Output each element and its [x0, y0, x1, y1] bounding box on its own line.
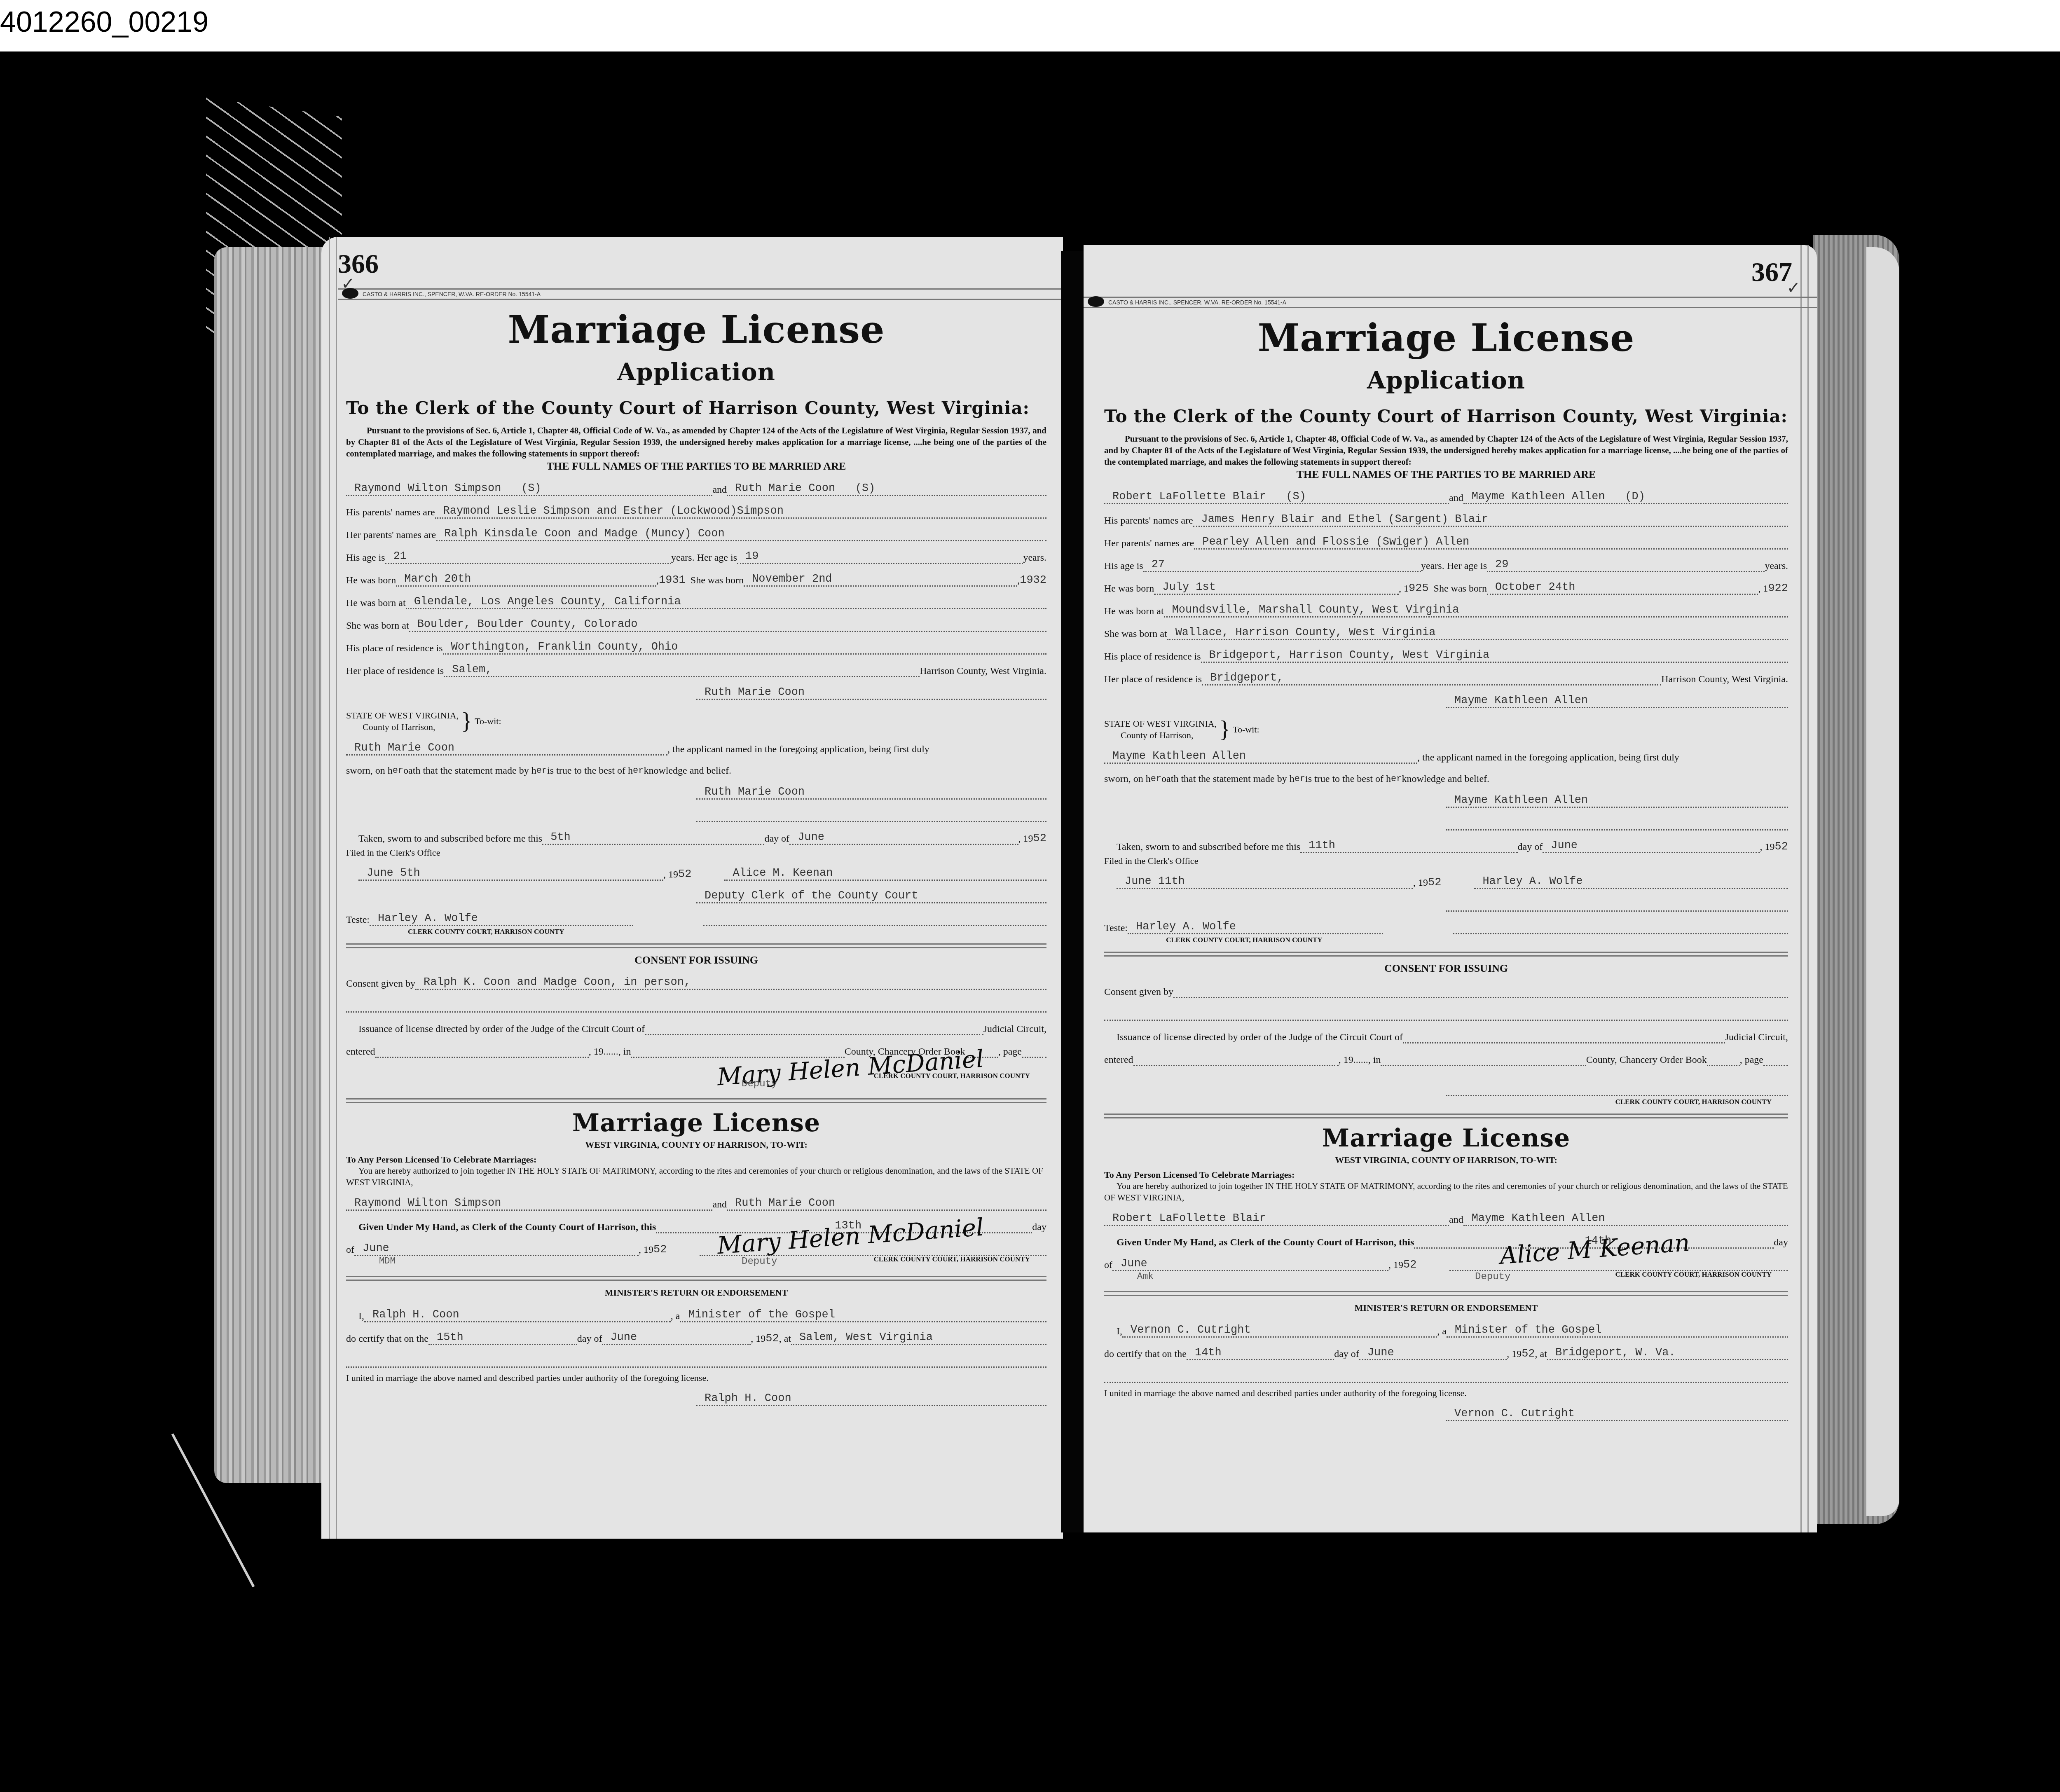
minister-signature-row: Ralph H. Coon: [696, 1392, 1046, 1406]
issuance-row: Issuance of license directed by order of…: [346, 1022, 1046, 1035]
parties-row: Robert LaFollette Blair (S) and Mayme Ka…: [1104, 491, 1788, 504]
her-birth-date-field: October 24th: [1487, 581, 1758, 595]
full-names-heading: THE FULL NAMES OF THE PARTIES TO BE MARR…: [346, 459, 1046, 473]
filed-title-field: Deputy Clerk of the County Court: [696, 890, 1046, 903]
license-parties-row: Raymond Wilton Simpson and Ruth Marie Co…: [346, 1197, 1046, 1211]
license-signature: Alice M Keenan: [1500, 1236, 1690, 1262]
full-names-heading: THE FULL NAMES OF THE PARTIES TO BE MARR…: [1104, 468, 1788, 482]
right-page: 367 ✓ CASTO & HARRIS INC., SPENCER, W.VA…: [1084, 245, 1817, 1532]
license-title: Marriage License: [346, 1108, 1046, 1138]
filed-by-field: Alice M. Keenan: [724, 867, 1046, 881]
sworn-month-field: June: [1543, 840, 1760, 853]
printer-logo-icon: [342, 288, 358, 299]
consent-heading: CONSENT FOR ISSUING: [1104, 962, 1788, 976]
filed-date-field: June 11th: [1117, 875, 1413, 889]
sworn-date-row: Taken, sworn to and subscribed before me…: [346, 831, 1046, 845]
his-parents-field: Raymond Leslie Simpson and Esther (Lockw…: [435, 505, 1046, 519]
his-age-field: 27: [1143, 559, 1421, 572]
applicant-signature: Mayme Kathleen Allen: [1446, 695, 1788, 708]
her-birth-date-field: November 2nd: [744, 573, 1017, 587]
parties-row: Raymond Wilton Simpson (S) and Ruth Mari…: [346, 482, 1046, 496]
minister-heading: MINISTER'S RETURN OR ENDORSEMENT: [1104, 1301, 1788, 1315]
state-county-block: STATE OF WEST VIRGINIA, County of Harris…: [1104, 718, 1788, 741]
blank-signature-row: [696, 809, 1046, 822]
her-residence-row: Her place of residence is Bridgeport, Ha…: [1104, 672, 1788, 685]
her-residence-field: Salem,: [444, 664, 920, 677]
preamble: Pursuant to the provisions of Sec. 6, Ar…: [346, 425, 1046, 459]
her-parents-field: Ralph Kinsdale Coon and Madge (Muncy) Co…: [436, 528, 1046, 541]
to-any-person: To Any Person Licensed To Celebrate Marr…: [1104, 1170, 1788, 1180]
filed-label: Filed in the Clerk's Office: [346, 847, 1046, 858]
page-number: 367: [1751, 257, 1792, 288]
license-subtitle: WEST VIRGINIA, COUNTY OF HARRISON, TO-WI…: [1104, 1153, 1788, 1167]
his-parents-row: His parents' names are James Henry Blair…: [1104, 513, 1788, 527]
her-birthplace-row: She was born at Wallace, Harrison County…: [1104, 627, 1788, 640]
section-divider: [346, 1276, 1046, 1281]
clerk-initials: Amk: [1104, 1271, 1154, 1282]
form-title: Marriage License: [346, 307, 1046, 352]
her-birthplace-field: Boulder, Boulder County, Colorado: [409, 618, 1046, 632]
license-bride-field: Mayme Kathleen Allen: [1463, 1212, 1788, 1226]
filed-row: June 11th , 1952 Harley A. Wolfe: [1104, 875, 1788, 889]
affiant-row: Ruth Marie Coon , the applicant named in…: [346, 742, 1046, 756]
his-birth-year: 925: [1409, 583, 1429, 595]
ages-row: His age is 21 years. Her age is 19 years…: [346, 550, 1046, 564]
his-birthplace-row: He was born at Moundsville, Marshall Cou…: [1104, 604, 1788, 618]
section-divider: [346, 1098, 1046, 1103]
filed-date-field: June 5th: [358, 867, 663, 881]
consent-field: [1173, 985, 1788, 998]
affiant-name-field: Mayme Kathleen Allen: [1104, 750, 1417, 764]
teste-field: Harley A. Wolfe: [1128, 921, 1383, 934]
teste-field: Harley A. Wolfe: [370, 912, 633, 926]
her-birthplace-row: She was born at Boulder, Boulder County,…: [346, 618, 1046, 632]
preamble: Pursuant to the provisions of Sec. 6, Ar…: [1104, 433, 1788, 468]
filed-label: Filed in the Clerk's Office: [1104, 856, 1788, 866]
her-birthplace-field: Wallace, Harrison County, West Virginia: [1167, 627, 1788, 640]
form-subtitle: Application: [1104, 364, 1788, 397]
oath-row: sworn, on her oath that the statement ma…: [1104, 773, 1788, 785]
his-birth-date-field: July 1st: [1154, 581, 1399, 595]
filed-row: June 5th , 1952 Alice M. Keenan: [346, 867, 1046, 881]
his-residence-field: Bridgeport, Harrison County, West Virgin…: [1201, 649, 1788, 663]
applicant-signature-row-2: Ruth Marie Coon: [696, 786, 1046, 800]
addressee: To the Clerk of the County Court of Harr…: [346, 396, 1046, 421]
filed-title-row: [1446, 898, 1788, 912]
consent-row: Consent given by: [1104, 985, 1788, 998]
authorization-text: You are hereby authorized to join togeth…: [346, 1165, 1046, 1188]
consent-heading: CONSENT FOR ISSUING: [346, 953, 1046, 967]
form-title: Marriage License: [1104, 315, 1788, 360]
applicant-signature: Ruth Marie Coon: [696, 686, 1046, 700]
license-subtitle: WEST VIRGINIA, COUNTY OF HARRISON, TO-WI…: [346, 1138, 1046, 1152]
his-residence-row: His place of residence is Worthington, F…: [346, 641, 1046, 655]
his-parents-row: His parents' names are Raymond Leslie Si…: [346, 505, 1046, 519]
her-parents-field: Pearley Allen and Flossie (Swiger) Allen: [1194, 536, 1788, 550]
minister-row: I, Ralph H. Coon , a Minister of the Gos…: [346, 1309, 1046, 1322]
entered-row: entered , 19......, in County, Chancery …: [1104, 1053, 1788, 1066]
minister-signature: Vernon C. Cutright: [1446, 1408, 1788, 1421]
applicant-signature-row-2: Mayme Kathleen Allen: [1446, 794, 1788, 808]
her-residence-row: Her place of residence is Salem, Harriso…: [346, 664, 1046, 677]
married-month-field: June: [602, 1331, 751, 1345]
bride-name-field: Ruth Marie Coon (S): [727, 482, 1046, 496]
consent-field: Ralph K. Coon and Madge Coon, in person,: [415, 976, 1046, 990]
married-place-field: Bridgeport, W. Va.: [1547, 1347, 1788, 1360]
clerk-initials: MDM: [346, 1256, 396, 1266]
ages-row: His age is 27 years. Her age is 29 years…: [1104, 559, 1788, 572]
given-month-field: June: [354, 1242, 639, 1256]
his-residence-row: His place of residence is Bridgeport, Ha…: [1104, 649, 1788, 663]
her-birth-year: 922: [1768, 583, 1788, 595]
minister-signature-row: Vernon C. Cutright: [1446, 1408, 1788, 1421]
married-day-field: 14th: [1187, 1347, 1334, 1360]
her-age-field: 29: [1487, 559, 1765, 572]
sworn-date-row: Taken, sworn to and subscribed before me…: [1104, 840, 1788, 853]
her-residence-field: Bridgeport,: [1202, 672, 1661, 685]
groom-name-field: Raymond Wilton Simpson (S): [346, 482, 712, 496]
blank-signature-row: [1446, 817, 1788, 830]
given-month-row: of June , 1952 Mary Helen McDaniel: [346, 1242, 1046, 1256]
his-birth-year: 1931: [659, 574, 686, 587]
his-age-field: 21: [385, 550, 671, 564]
his-parents-field: James Henry Blair and Ethel (Sargent) Bl…: [1193, 513, 1788, 527]
united-text: I united in marriage the above named and…: [1104, 1388, 1788, 1399]
her-birth-year: 1932: [1020, 574, 1046, 587]
check-mark-icon: ✓: [1786, 278, 1800, 297]
state-county-block: STATE OF WEST VIRGINIA, County of Harris…: [346, 710, 1046, 733]
clerk-caption: CLERK COUNTY COURT, HARRISON COUNTY: [1104, 936, 1788, 944]
addressee: To the Clerk of the County Court of Harr…: [1104, 404, 1788, 429]
header-band: 4012260_00219: [0, 0, 2060, 51]
book-gutter: [1061, 251, 1086, 1532]
minister-row: I, Vernon C. Cutright , a Minister of th…: [1104, 1324, 1788, 1338]
his-birthplace-row: He was born at Glendale, Los Angeles Cou…: [346, 596, 1046, 609]
affiant-row: Mayme Kathleen Allen , the applicant nam…: [1104, 750, 1788, 764]
section-divider: [346, 943, 1046, 948]
to-any-person: To Any Person Licensed To Celebrate Marr…: [346, 1154, 1046, 1165]
form-subtitle: Application: [346, 356, 1046, 388]
oath-row: sworn, on her oath that the statement ma…: [346, 765, 1046, 777]
his-birth-date-field: March 20th: [396, 573, 656, 587]
application-form: Marriage License Application To the Cler…: [1104, 315, 1788, 1421]
her-parents-row: Her parents' names are Pearley Allen and…: [1104, 536, 1788, 550]
given-month-field: June: [1112, 1258, 1388, 1271]
his-birthplace-field: Glendale, Los Angeles County, California: [406, 596, 1046, 609]
married-month-field: June: [1359, 1347, 1507, 1360]
bride-name-field: Mayme Kathleen Allen (D): [1463, 491, 1788, 504]
certify-row: do certify that on the 14th day of June …: [1104, 1347, 1788, 1360]
margin-rule: [1800, 245, 1809, 1532]
groom-name-field: Robert LaFollette Blair (S): [1104, 491, 1449, 504]
affiant-name-field: Ruth Marie Coon: [346, 742, 667, 756]
minister-signature: Ralph H. Coon: [696, 1392, 1046, 1406]
filed-by-field: Harley A. Wolfe: [1474, 875, 1788, 889]
filed-title-field: [1446, 898, 1788, 912]
certify-row: do certify that on the 15th day of June …: [346, 1331, 1046, 1345]
section-divider: [1104, 1114, 1788, 1118]
his-residence-field: Worthington, Franklin County, Ohio: [443, 641, 1046, 655]
married-day-field: 15th: [428, 1331, 577, 1345]
applicant-signature-2: Mayme Kathleen Allen: [1446, 794, 1788, 808]
sworn-month-field: June: [789, 831, 1018, 845]
teste-row: Teste: Harley A. Wolfe: [346, 912, 1046, 926]
minister-title-field: Minister of the Gospel: [680, 1309, 1046, 1322]
minister-name-field: Ralph H. Coon: [364, 1309, 671, 1322]
license-parties-row: Robert LaFollette Blair and Mayme Kathle…: [1104, 1212, 1788, 1226]
applicant-signature-row-1: Mayme Kathleen Allen: [1446, 695, 1788, 708]
image-id-label: 4012260_00219: [0, 7, 208, 36]
left-page-stack: [214, 247, 325, 1483]
license-title: Marriage License: [1104, 1123, 1788, 1153]
consent-signature-area: Mary Helen McDaniel Deputy CLERK COUNTY …: [346, 1058, 1046, 1091]
clerk-caption: CLERK COUNTY COURT, HARRISON COUNTY: [346, 928, 1046, 936]
brace-icon: }: [1219, 718, 1230, 741]
her-age-field: 19: [737, 550, 1023, 564]
right-cover-edge: [1866, 247, 1899, 1516]
license-groom-field: Raymond Wilton Simpson: [346, 1197, 712, 1211]
filed-title-row: Deputy Clerk of the County Court: [696, 890, 1046, 903]
issuance-row: Issuance of license directed by order of…: [1104, 1030, 1788, 1043]
married-place-field: Salem, West Virginia: [791, 1331, 1046, 1345]
authorization-text: You are hereby authorized to join togeth…: [1104, 1180, 1788, 1203]
brace-icon: }: [461, 710, 472, 733]
sworn-day-field: 5th: [542, 831, 764, 845]
left-page: 366 ✓ CASTO & HARRIS INC., SPENCER, W.VA…: [321, 237, 1063, 1539]
birth-dates-row: He was born July 1st , 1925 She was born…: [1104, 581, 1788, 595]
minister-name-field: Vernon C. Cutright: [1122, 1324, 1437, 1338]
application-form: Marriage License Application To the Cler…: [346, 307, 1046, 1406]
section-divider: [1104, 1291, 1788, 1296]
minister-heading: MINISTER'S RETURN OR ENDORSEMENT: [346, 1286, 1046, 1300]
license-bride-field: Ruth Marie Coon: [727, 1197, 1046, 1211]
her-parents-row: Her parents' names are Ralph Kinsdale Co…: [346, 528, 1046, 541]
license-groom-field: Robert LaFollette Blair: [1104, 1212, 1449, 1226]
applicant-signature-2: Ruth Marie Coon: [696, 786, 1046, 800]
his-birthplace-field: Moundsville, Marshall County, West Virgi…: [1164, 604, 1788, 618]
united-text: I united in marriage the above named and…: [346, 1373, 1046, 1383]
birth-dates-row: He was born March 20th , 1931 She was bo…: [346, 573, 1046, 587]
given-month-row: of June , 1952 Alice M Keenan: [1104, 1258, 1788, 1271]
teste-row: Teste: Harley A. Wolfe: [1104, 921, 1788, 934]
section-divider: [1104, 952, 1788, 957]
consent-clerk-caption: CLERK COUNTY COURT, HARRISON COUNTY: [1104, 1098, 1788, 1106]
minister-title-field: Minister of the Gospel: [1447, 1324, 1788, 1338]
printer-imprint: CASTO & HARRIS INC., SPENCER, W.VA. RE-O…: [1084, 297, 1817, 308]
consent-row: Consent given by Ralph K. Coon and Madge…: [346, 976, 1046, 990]
applicant-signature-row-1: Ruth Marie Coon: [696, 686, 1046, 700]
margin-rule: [329, 237, 337, 1539]
printer-imprint: CASTO & HARRIS INC., SPENCER, W.VA. RE-O…: [338, 288, 1063, 300]
printer-logo-icon: [1088, 296, 1104, 307]
sworn-day-field: 11th: [1300, 840, 1517, 853]
